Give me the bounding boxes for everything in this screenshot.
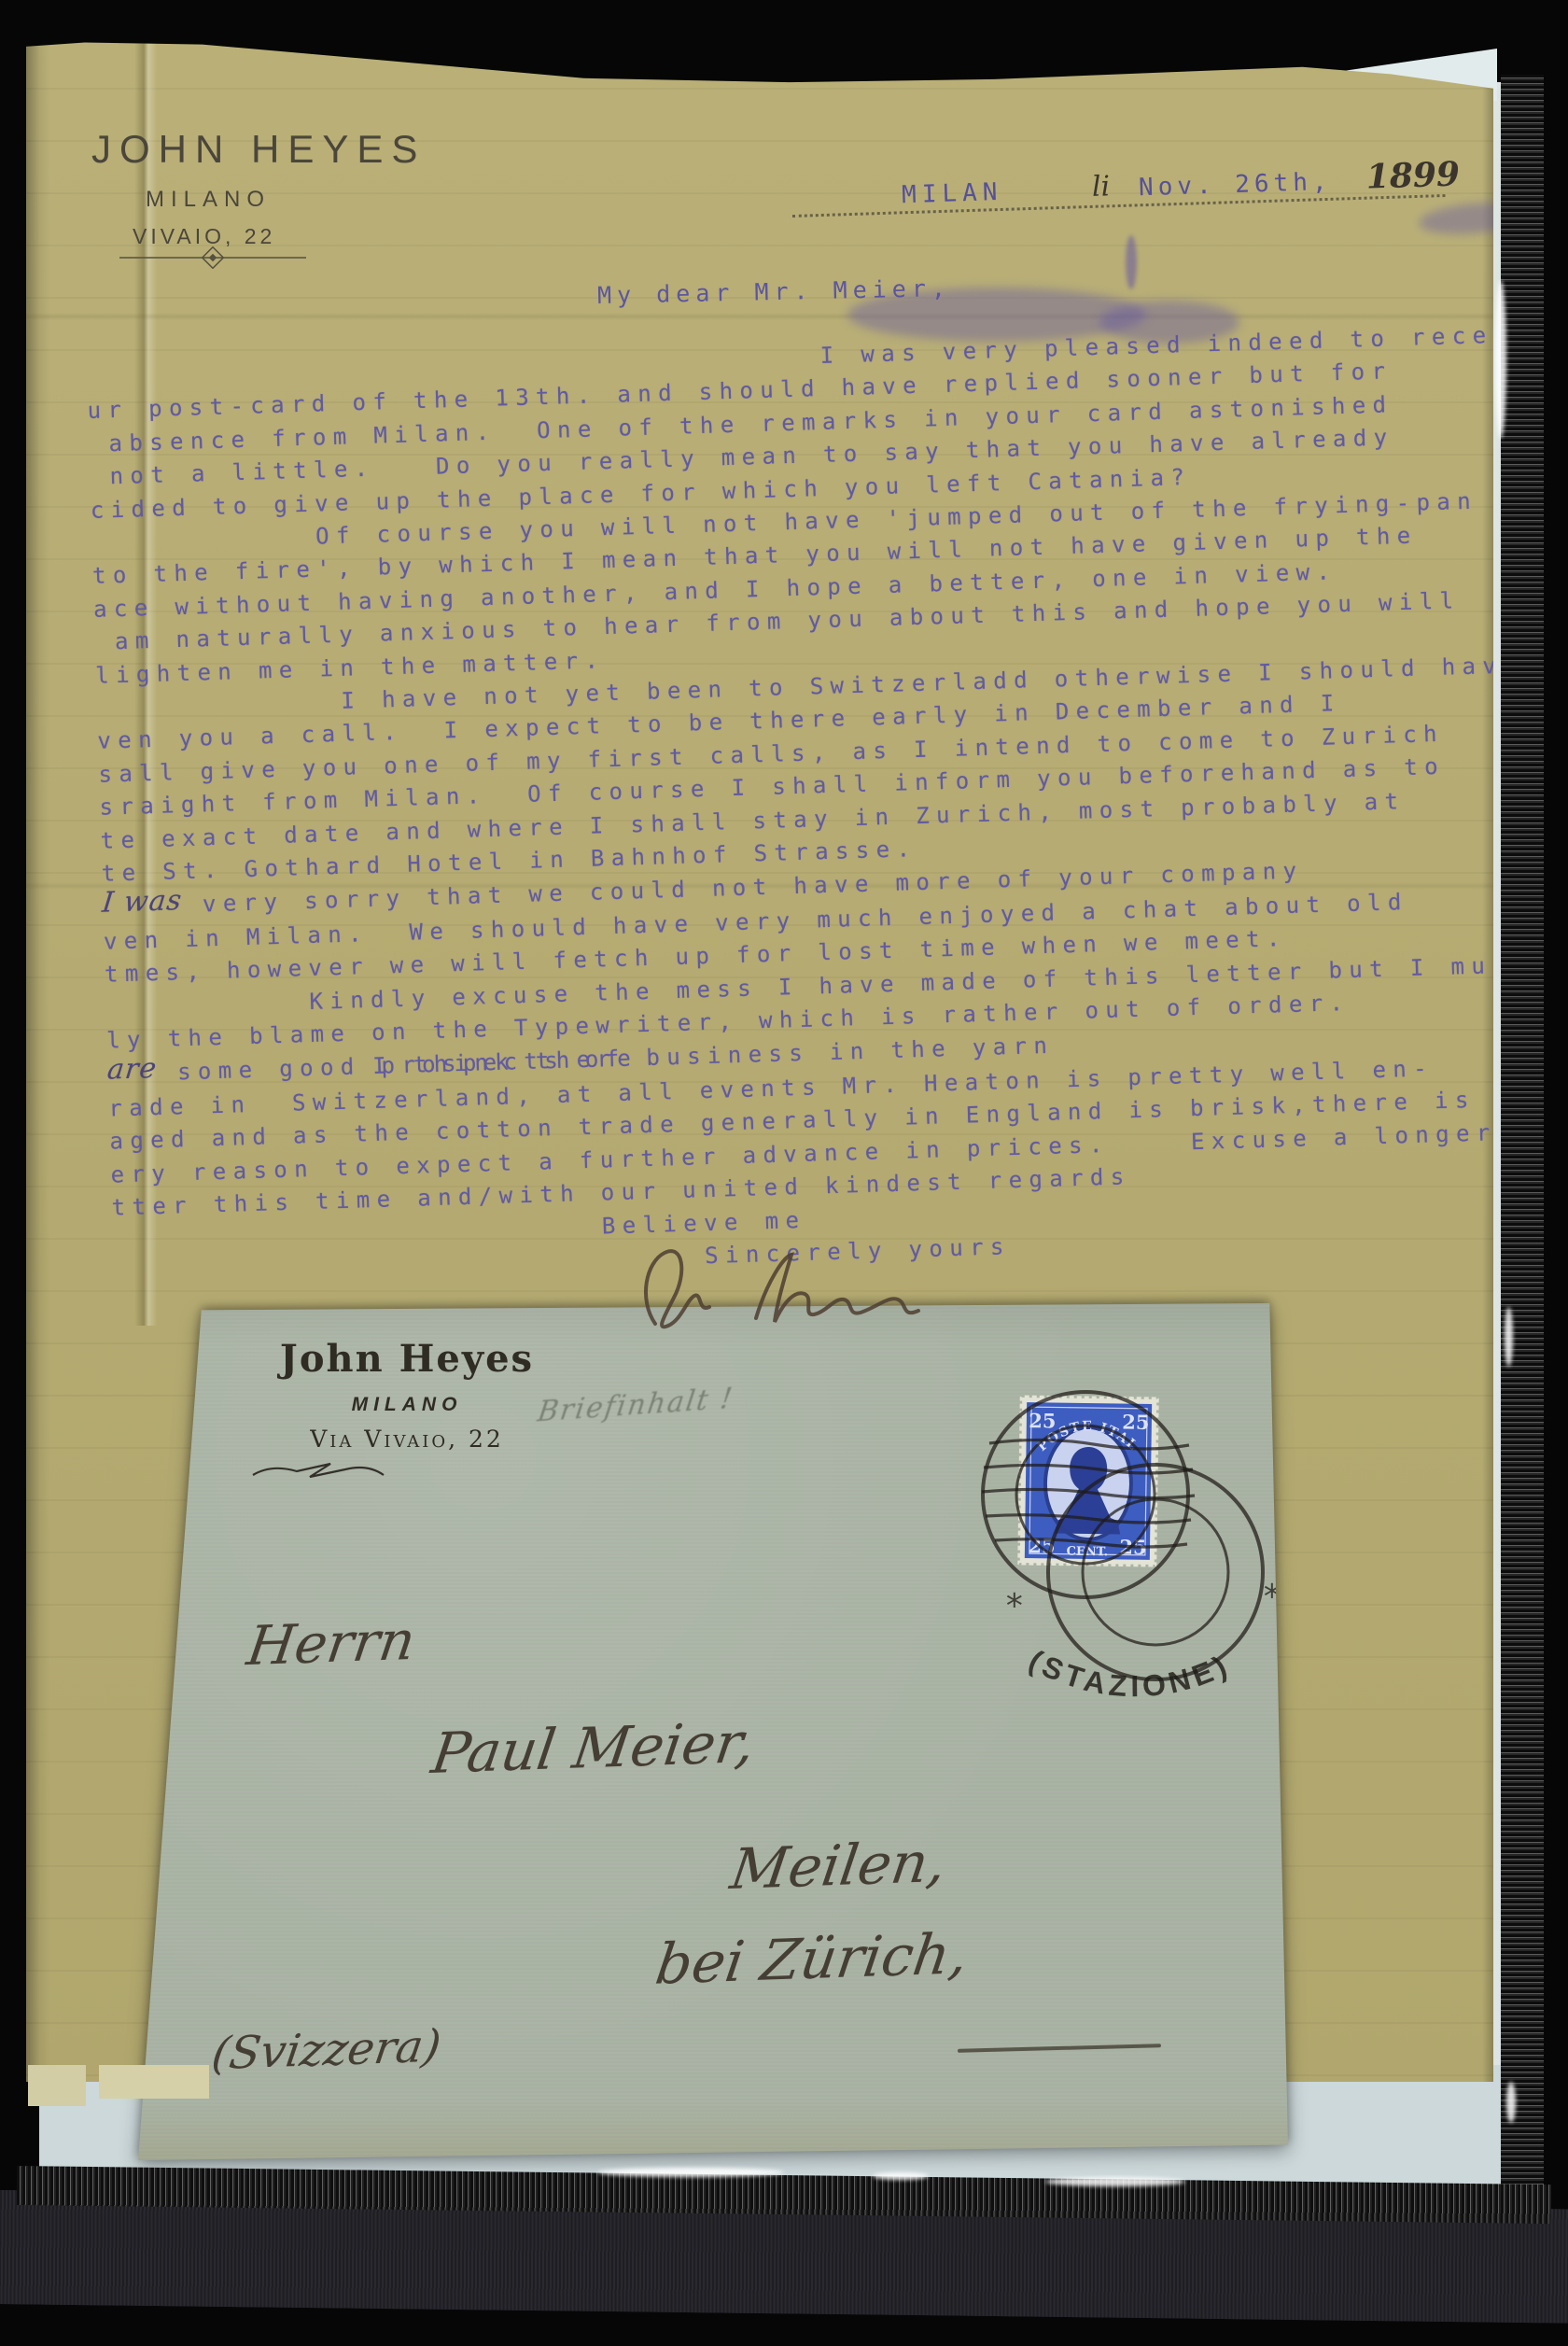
signature-john-heyes — [627, 1238, 945, 1345]
handwritten-correction: are — [105, 1051, 159, 1086]
sleeve-glint — [1506, 2082, 1516, 2123]
letter-body: I was very pleased indeed to receiveur p… — [86, 317, 1568, 1291]
letterhead-street: VIVAIO, 22 — [133, 224, 427, 249]
letterhead-city: MILANO — [146, 187, 427, 213]
letter-letterhead: JOHN HEYES MILANO VIVAIO, 22 — [91, 127, 427, 249]
letterhead-ornament-icon — [119, 246, 306, 269]
dateline-date: Nov. 26th, — [1139, 168, 1332, 202]
plastic-sleeve-right-edge — [1501, 75, 1544, 2192]
svg-text:(STAZIONE): (STAZIONE) — [1024, 1643, 1236, 1703]
ink-smudge — [1126, 235, 1137, 289]
ink-smudge — [1099, 301, 1239, 344]
dateline-preprinted-li: li — [1091, 170, 1110, 204]
dateline: MILAN li Nov. 26th, 1899 — [791, 156, 1445, 218]
handwritten-correction: I was — [101, 884, 184, 920]
letter-horizontal-crease — [26, 313, 1493, 320]
postmark-star: * — [1004, 1587, 1025, 1625]
letter-left-edge-shadow — [26, 37, 50, 2082]
letter-bottom-tab — [28, 2065, 86, 2106]
ink-smudge — [847, 288, 1146, 342]
sleeve-glint — [873, 2172, 929, 2180]
sleeve-glint — [1045, 2177, 1185, 2186]
letterhead-name: JOHN HEYES — [91, 127, 427, 172]
dateline-place: MILAN — [902, 178, 1003, 209]
postmark-text: (STAZIONE) — [1024, 1643, 1236, 1703]
envelope: John Heyes MILANO Via Vivaio, 22 Briefin… — [138, 1303, 1288, 2160]
dateline-year: 1899 — [1365, 155, 1460, 197]
letter-bottom-tab — [99, 2065, 209, 2099]
sleeve-glint — [1505, 1307, 1513, 1367]
sleeve-glint — [597, 2168, 784, 2177]
postmark-cancel: (STAZIONE) * * — [138, 1303, 1288, 2160]
sleeve-glint — [1495, 280, 1506, 439]
photo-album-page: JOHN HEYES MILANO VIVAIO, 22 MILAN li No… — [0, 0, 1568, 2346]
